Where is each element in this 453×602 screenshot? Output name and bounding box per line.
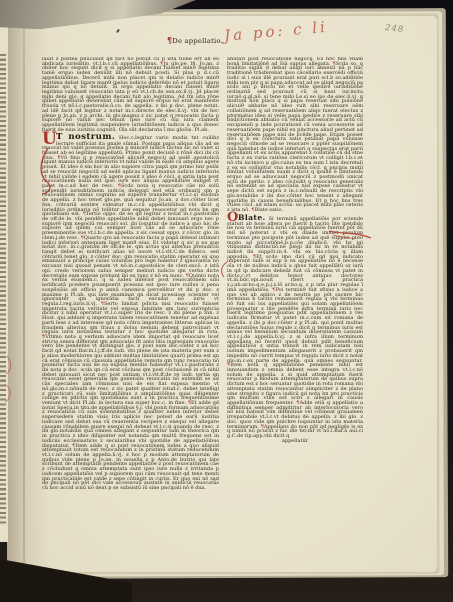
gutter-crease — [23, 18, 25, 570]
pilcrow-mark: ¶ — [57, 155, 60, 161]
drop-cap-initial: U — [42, 133, 55, 145]
pilcrow-mark: ¶ — [188, 400, 191, 406]
section-paragraph: UT nostrum. Hoc.c.legitur vario modis tn… — [42, 133, 219, 491]
pilcrow-mark: ¶ — [261, 424, 264, 430]
scanned-book-page-photo: ¶De appellatio. Ja po: c li 248 lauit z … — [0, 0, 453, 602]
facing-page-strip — [0, 26, 8, 542]
pilcrow-mark: ¶ — [227, 362, 230, 368]
pilcrow-mark: ¶ — [81, 235, 84, 241]
facing-page-text-sliver — [0, 54, 6, 524]
text-column-left: lauit z postea pnūciauit qd fact nō potu… — [42, 57, 219, 506]
running-header: ¶De appellatio. — [167, 36, 223, 45]
drop-cap-initial: O — [227, 213, 237, 222]
pilcrow-mark: ¶ — [72, 443, 75, 449]
pilcrow-mark: ¶ — [101, 301, 104, 307]
pilcrow-mark: ¶ — [83, 211, 86, 217]
header-title: De appellatio. — [172, 37, 223, 45]
pilcrow-mark: ¶ — [253, 254, 256, 260]
final-centered-line: appellatūr — [227, 439, 363, 444]
page-leaf: ¶De appellatio. Ja po: c li 248 lauit z … — [7, 16, 437, 572]
pilcrow-mark: ¶ — [160, 61, 163, 67]
pilcrow-mark: ¶ — [272, 287, 275, 293]
handwritten-inscription: Ja po: c li — [223, 17, 334, 45]
pilcrow-mark: ¶ — [296, 400, 299, 406]
folio-number: 248 — [385, 23, 405, 35]
pilcrow-mark: ¶ — [42, 334, 45, 340]
pilcrow-mark: ¶ — [118, 183, 121, 189]
pilcrow-mark: ¶ — [186, 273, 189, 279]
text-column-right: ahūtari post reuocatiōnē negocij. Ex hoc… — [227, 57, 363, 519]
paragraph: lauit z postea pnūciauit qd fact nō potu… — [42, 57, 219, 133]
section-incipit: T nostrum. — [56, 132, 115, 142]
pilcrow-mark: ¶ — [333, 61, 336, 67]
ink-speck — [116, 29, 120, 33]
paragraph: ahūtari post reuocatiōnē negocij. Ex hoc… — [227, 57, 363, 213]
section-incipit: Blate. — [238, 213, 266, 222]
section-paragraph: OBlate. Si terminū appellatiōis por scie… — [227, 213, 363, 439]
